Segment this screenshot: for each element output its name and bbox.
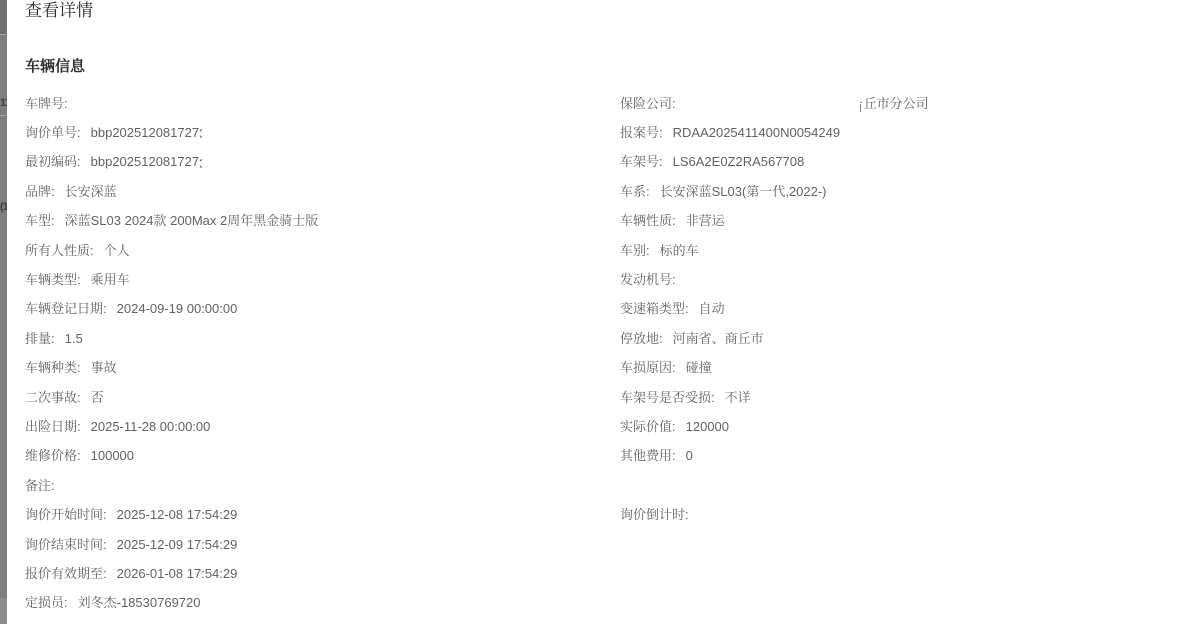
dimmed-text-fragment: 11 — [0, 97, 7, 110]
field-label: 发动机号: — [620, 272, 676, 287]
field-label: 车辆类型: — [25, 272, 81, 287]
field-value: 否 — [91, 390, 104, 405]
field-label: 定损员: — [25, 595, 68, 610]
field-value-text: 事故 — [91, 360, 117, 375]
field-label: 实际价值: — [620, 419, 676, 434]
info-row: 询价开始时间:2025-12-08 17:54:29询价倒计时: — [25, 499, 1190, 528]
dimmed-text-fragment: (1 — [0, 201, 7, 214]
info-cell: 发动机号: — [620, 269, 1190, 289]
info-cell: 询价开始时间:2025-12-08 17:54:29 — [25, 504, 620, 524]
info-row: 车牌号:保险公司:商丘市分公司 — [25, 88, 1190, 117]
field-label: 车架号是否受损: — [620, 390, 715, 405]
info-cell: 出险日期:2025-11-28 00:00:00 — [25, 416, 620, 436]
info-cell: 实际价值:120000 — [620, 416, 1190, 436]
info-row: 车型:深蓝SL03 2024款 200Max 2周年黑金骑士版车辆性质:非营运 — [25, 206, 1190, 235]
field-label: 车辆登记日期: — [25, 301, 107, 316]
field-value-text: bbp202512081727 — [91, 154, 199, 169]
field-label: 品牌: — [25, 184, 55, 199]
info-cell: 询价结束时间:2025-12-09 17:54:29 — [25, 534, 620, 554]
field-value: 标的车 — [660, 243, 699, 258]
info-row: 出险日期:2025-11-28 00:00:00实际价值:120000 — [25, 411, 1190, 440]
field-value-text: 刘冬杰-18530769720 — [78, 595, 201, 610]
field-value: 个人 — [104, 243, 130, 258]
field-value-text: bbp202512081727 — [91, 125, 199, 140]
field-value-text: 个人 — [104, 243, 130, 258]
info-cell: 保险公司:商丘市分公司 — [620, 93, 1190, 113]
field-value-text: 乘用车 — [91, 272, 130, 287]
info-cell: 报价有效期至:2026-01-08 17:54:29 — [25, 563, 620, 583]
field-value: 河南省、商丘市 — [673, 331, 764, 346]
field-value: 120000 — [686, 419, 729, 434]
field-label: 车损原因: — [620, 360, 676, 375]
field-label: 二次事故: — [25, 390, 81, 405]
field-value-text: 深蓝SL03 2024款 200Max 2周年黑金骑士版 — [65, 213, 319, 228]
field-value: 深蓝SL03 2024款 200Max 2周年黑金骑士版 — [65, 213, 319, 228]
field-label: 所有人性质: — [25, 243, 94, 258]
field-label: 排量: — [25, 331, 55, 346]
field-value: 1.5 — [65, 331, 83, 346]
field-label: 询价单号: — [25, 125, 81, 140]
field-value: RDAA2025411400N0054249 — [673, 125, 840, 140]
info-row: 报价有效期至:2026-01-08 17:54:29 — [25, 558, 1190, 587]
info-row: 维修价格:100000其他费用:0 — [25, 441, 1190, 470]
info-cell: 车牌号: — [25, 93, 620, 113]
info-cell: 车辆性质:非营运 — [620, 210, 1190, 230]
info-row: 二次事故:否车架号是否受损:不详 — [25, 382, 1190, 411]
info-cell: 其他费用:0 — [620, 445, 1190, 465]
field-value-text: 河南省、商丘市 — [673, 331, 764, 346]
field-value: 非营运 — [686, 213, 725, 228]
info-cell: 询价倒计时: — [620, 504, 1190, 524]
field-value-text: 长安深蓝SL03(第一代,2022-) — [660, 184, 827, 199]
field-value-text: 丘市分公司 — [864, 96, 929, 111]
info-row: 车辆类型:乘用车发动机号: — [25, 264, 1190, 293]
info-cell: 排量:1.5 — [25, 328, 620, 348]
info-cell: 报案号:RDAA2025411400N0054249 — [620, 122, 1190, 142]
info-cell: 停放地:河南省、商丘市 — [620, 328, 1190, 348]
info-cell: 车架号是否受损:不详 — [620, 387, 1190, 407]
info-row: 询价结束时间:2025-12-09 17:54:29 — [25, 529, 1190, 558]
dimmed-page-footer — [0, 598, 7, 624]
field-value: 2025-12-09 17:54:29 — [117, 537, 238, 552]
divider — [0, 34, 7, 35]
field-label: 其他费用: — [620, 448, 676, 463]
field-value: 商丘市分公司 — [860, 96, 929, 111]
field-value: 事故 — [91, 360, 117, 375]
field-value-text: 碰撞 — [686, 360, 712, 375]
field-label: 变速箱类型: — [620, 301, 689, 316]
field-value: 长安深蓝SL03(第一代,2022-) — [660, 184, 827, 199]
info-cell: 所有人性质:个人 — [25, 240, 620, 260]
field-value: bbp2025120817273 — [91, 154, 202, 169]
field-label: 车辆种类: — [25, 360, 81, 375]
info-cell: 车别:标的车 — [620, 240, 1190, 260]
info-cell: 车辆种类:事故 — [25, 357, 620, 377]
divider — [0, 115, 7, 116]
field-value-text: 0 — [686, 448, 693, 463]
info-cell: 定损员:刘冬杰-18530769720 — [25, 592, 620, 612]
field-label: 出险日期: — [25, 419, 81, 434]
info-row: 车辆登记日期:2024-09-19 00:00:00变速箱类型:自动 — [25, 294, 1190, 323]
info-cell: 询价单号:bbp2025120817273 — [25, 122, 620, 142]
field-value-text: 自动 — [699, 301, 725, 316]
field-value: bbp2025120817273 — [91, 125, 202, 140]
field-label: 备注: — [25, 478, 55, 493]
field-value: 乘用车 — [91, 272, 130, 287]
field-value-text: 2026-01-08 17:54:29 — [117, 566, 238, 581]
field-value: 100000 — [91, 448, 134, 463]
field-label: 报案号: — [620, 125, 663, 140]
field-value-text: 长安深蓝 — [65, 184, 117, 199]
field-value: 2024-09-19 00:00:00 — [117, 301, 238, 316]
clipped-char: 3 — [199, 126, 202, 141]
page-title: 查看详情 — [25, 0, 93, 21]
field-label: 停放地: — [620, 331, 663, 346]
field-value-text: 120000 — [686, 419, 729, 434]
field-value-text: 1.5 — [65, 331, 83, 346]
info-cell: 车型:深蓝SL03 2024款 200Max 2周年黑金骑士版 — [25, 210, 620, 230]
info-cell: 备注: — [25, 475, 620, 495]
field-label: 询价开始时间: — [25, 507, 107, 522]
view-details-panel: 查看详情 车辆信息 车牌号:保险公司:商丘市分公司询价单号:bbp2025120… — [7, 0, 1200, 624]
dimmed-table-header — [0, 0, 7, 34]
clipped-char: 3 — [199, 156, 202, 171]
field-value: 2025-11-28 00:00:00 — [91, 419, 211, 434]
field-value: 刘冬杰-18530769720 — [78, 595, 201, 610]
info-row: 排量:1.5停放地:河南省、商丘市 — [25, 323, 1190, 352]
info-cell: 维修价格:100000 — [25, 445, 620, 465]
field-value-text: 2024-09-19 00:00:00 — [117, 301, 238, 316]
field-value: 不详 — [725, 390, 751, 405]
info-row: 所有人性质:个人车别:标的车 — [25, 235, 1190, 264]
field-label: 车架号: — [620, 154, 663, 169]
field-label: 维修价格: — [25, 448, 81, 463]
info-row: 车辆种类:事故车损原因:碰撞 — [25, 353, 1190, 382]
field-value-text: 不详 — [725, 390, 751, 405]
field-value-text: 非营运 — [686, 213, 725, 228]
field-value: 2025-12-08 17:54:29 — [117, 507, 238, 522]
field-label: 询价倒计时: — [620, 507, 689, 522]
field-value: 2026-01-08 17:54:29 — [117, 566, 238, 581]
field-label: 保险公司: — [620, 96, 676, 111]
info-cell: 车系:长安深蓝SL03(第一代,2022-) — [620, 181, 1190, 201]
field-label: 车辆性质: — [620, 213, 676, 228]
info-cell: 车辆类型:乘用车 — [25, 269, 620, 289]
info-cell: 二次事故:否 — [25, 387, 620, 407]
field-value: LS6A2E0Z2RA567708 — [673, 154, 805, 169]
field-label: 车系: — [620, 184, 650, 199]
vehicle-info-grid: 车牌号:保险公司:商丘市分公司询价单号:bbp2025120817273报案号:… — [25, 88, 1190, 617]
info-cell: 车辆登记日期:2024-09-19 00:00:00 — [25, 298, 620, 318]
section-title-vehicle-info: 车辆信息 — [25, 55, 85, 76]
field-value-text: 100000 — [91, 448, 134, 463]
field-label: 车牌号: — [25, 96, 68, 111]
field-value-text: 否 — [91, 390, 104, 405]
field-value-text: 2025-11-28 00:00:00 — [91, 419, 211, 434]
info-row: 询价单号:bbp2025120817273报案号:RDAA2025411400N… — [25, 117, 1190, 146]
field-value-text: 2025-12-09 17:54:29 — [117, 537, 238, 552]
field-label: 最初编码: — [25, 154, 81, 169]
info-row: 定损员:刘冬杰-18530769720 — [25, 588, 1190, 617]
field-value-text: 2025-12-08 17:54:29 — [117, 507, 238, 522]
field-value-text: 标的车 — [660, 243, 699, 258]
info-cell: 车架号:LS6A2E0Z2RA567708 — [620, 151, 1190, 171]
info-cell: 车损原因:碰撞 — [620, 357, 1190, 377]
info-row: 最初编码:bbp2025120817273车架号:LS6A2E0Z2RA5677… — [25, 147, 1190, 176]
dimmed-underlying-page-edge: 11 (1 — [0, 0, 7, 624]
field-value: 自动 — [699, 301, 725, 316]
field-label: 报价有效期至: — [25, 566, 107, 581]
field-label: 询价结束时间: — [25, 537, 107, 552]
field-value-text: LS6A2E0Z2RA567708 — [673, 154, 805, 169]
field-value: 长安深蓝 — [65, 184, 117, 199]
field-label: 车型: — [25, 213, 55, 228]
field-value-text: RDAA2025411400N0054249 — [673, 125, 840, 140]
field-value: 0 — [686, 448, 693, 463]
info-cell: 最初编码:bbp2025120817273 — [25, 151, 620, 171]
info-row: 品牌:长安深蓝车系:长安深蓝SL03(第一代,2022-) — [25, 176, 1190, 205]
info-cell: 品牌:长安深蓝 — [25, 181, 620, 201]
field-value: 碰撞 — [686, 360, 712, 375]
field-label: 车别: — [620, 243, 650, 258]
info-cell: 变速箱类型:自动 — [620, 298, 1190, 318]
info-row: 备注: — [25, 470, 1190, 499]
